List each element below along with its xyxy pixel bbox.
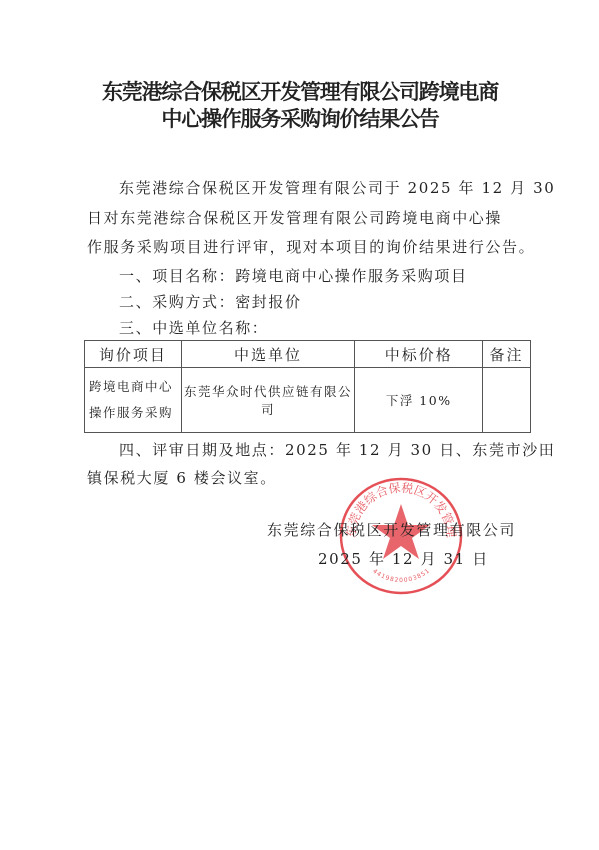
cell-winner: 东莞华众时代供应链有限公司 — [181, 368, 355, 433]
table-row: 跨境电商中心 操作服务采购 东莞华众时代供应链有限公司 下浮 10% — [85, 368, 531, 433]
svg-text:4419820003851: 4419820003851 — [371, 567, 431, 584]
project-name-item: 一、项目名称：跨境电商中心操作服务采购项目 — [119, 266, 468, 286]
project-line-1: 跨境电商中心 — [89, 374, 181, 400]
cell-remark — [483, 368, 531, 433]
title-line-1: 东莞港综合保税区开发管理有限公司跨境电商 — [60, 77, 540, 106]
result-table: 询价项目 中选单位 中标价格 备注 跨境电商中心 操作服务采购 东莞华众时代供应… — [84, 340, 531, 433]
header-price: 中标价格 — [355, 341, 483, 368]
intro-line-2: 日对东莞港综合保税区开发管理有限公司跨境电商中心操 — [87, 208, 502, 228]
header-winner: 中选单位 — [181, 341, 355, 368]
cell-project: 跨境电商中心 操作服务采购 — [85, 368, 182, 433]
signature-date: 2025 年 12 月 31 日 — [318, 549, 489, 569]
header-project: 询价项目 — [85, 341, 182, 368]
table-header-row: 询价项目 中选单位 中标价格 备注 — [85, 341, 531, 368]
winner-heading-item: 三、中选单位名称： — [119, 318, 268, 338]
title-line-2: 中心操作服务采购询价结果公告 — [60, 104, 540, 133]
cell-price: 下浮 10% — [355, 368, 483, 433]
intro-line-1: 东莞港综合保税区开发管理有限公司于 2025 年 12 月 30 — [119, 178, 555, 198]
procurement-method-item: 二、采购方式：密封报价 — [119, 292, 302, 312]
signature-company: 东莞综合保税区开发管理有限公司 — [267, 520, 516, 540]
project-line-2: 操作服务采购 — [89, 400, 181, 426]
review-info-line-2: 镇保税大厦 6 楼会议室。 — [87, 468, 277, 488]
review-info-line-1: 四、评审日期及地点：2025 年 12 月 30 日、东莞市沙田 — [119, 440, 555, 460]
announcement-page: 东莞港综合保税区开发管理有限公司跨境电商 中心操作服务采购询价结果公告 东莞港综… — [0, 0, 599, 850]
header-remark: 备注 — [483, 341, 531, 368]
intro-line-3: 作服务采购项目进行评审，现对本项目的询价结果进行公告。 — [87, 237, 535, 257]
